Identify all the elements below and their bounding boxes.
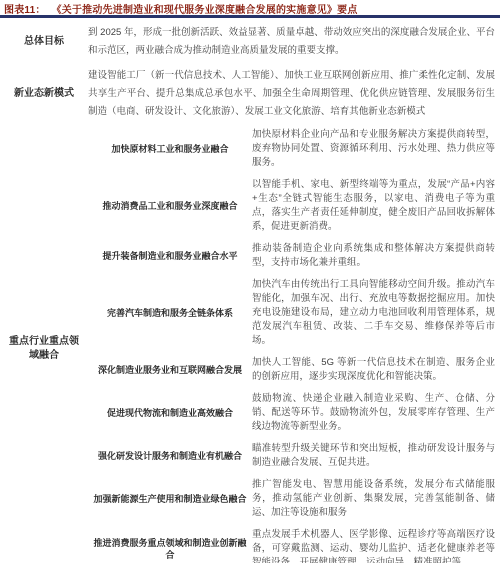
category-label: 新业态新模式 (0, 67, 88, 121)
subrow-label: 推进消费服务重点领域和制造业创新融合 (88, 528, 252, 563)
subrow-label: 加强新能源生产使用和制造业绿色融合 (88, 478, 252, 520)
category-label: 重点行业重点领域融合 (0, 128, 88, 563)
row-description: 建设智能工厂（新一代信息技术、人工智能）、加快工业互联网创新应用、推广柔性化定制… (88, 67, 500, 121)
table-subrow: 加快原材料工业和服务业融合 加快原材料企业向产品和专业服务解决方案提供商转型，废… (88, 128, 500, 170)
table-subrow: 深化制造业服务业和互联网融合发展 加快人工智能、5G 等新一代信息技术在制造、服… (88, 356, 500, 384)
subrow-description: 推广智能发电、智慧用能设备系统，发展分布式储能服务，推动氢能产业创新、集聚发展，… (252, 478, 500, 520)
table-row: 重点行业重点领域融合 加快原材料工业和服务业融合 加快原材料企业向产品和专业服务… (0, 128, 500, 563)
figure-title: 《关于推动先进制造业和现代服务业深度融合发展的实施意见》要点 (52, 1, 358, 16)
table-subrow: 完善汽车制造和服务全链条体系 加快汽车由传统出行工具向智能移动空间升级。推动汽车… (88, 278, 500, 348)
subrow-description: 加快原材料企业向产品和专业服务解决方案提供商转型，废弃物协同处置、资源循环利用、… (252, 128, 500, 170)
subrow-description: 鼓励物流、快递企业融入制造业采购、生产、仓储、分销、配送等环节。鼓励物流外包，发… (252, 392, 500, 434)
row-description: 到 2025 年，形成一批创新活跃、效益显著、质量卓越、带动效应突出的深度融合发… (88, 24, 500, 60)
category-label: 总体目标 (0, 24, 88, 60)
figure-number-label: 图表11： (4, 1, 46, 16)
table-row: 总体目标 到 2025 年，形成一批创新活跃、效益显著、质量卓越、带动效应突出的… (0, 24, 500, 60)
subrow-label: 强化研发设计服务和制造业有机融合 (88, 442, 252, 470)
table-row: 新业态新模式 建设智能工厂（新一代信息技术、人工智能）、加快工业互联网创新应用、… (0, 67, 500, 121)
subrow-description: 以智能手机、家电、新型终端等为重点，发展“产品+内容+生态”全链式智能生态服务，… (252, 178, 500, 234)
figure-header: 图表11： 《关于推动先进制造业和现代服务业深度融合发展的实施意见》要点 (0, 0, 500, 15)
report-figure-table: 图表11： 《关于推动先进制造业和现代服务业深度融合发展的实施意见》要点 总体目… (0, 0, 500, 563)
table-subrow: 推动消费品工业和服务业深度融合 以智能手机、家电、新型终端等为重点，发展“产品+… (88, 178, 500, 234)
subrow-description: 加快人工智能、5G 等新一代信息技术在制造、服务企业的创新应用，逐步实现深度优化… (252, 356, 500, 384)
subrow-description: 推动装备制造企业向系统集成和整体解决方案提供商转型，支持市场化兼并重组。 (252, 242, 500, 270)
subrow-label: 加快原材料工业和服务业融合 (88, 128, 252, 170)
table-subrow: 推进消费服务重点领域和制造业创新融合 重点发展手术机器人、医学影像、远程诊疗等高… (88, 528, 500, 563)
subrow-label: 深化制造业服务业和互联网融合发展 (88, 356, 252, 384)
subrow-label: 提升装备制造业和服务业融合水平 (88, 242, 252, 270)
subrow-label: 完善汽车制造和服务全链条体系 (88, 278, 252, 348)
table-subrow: 加强新能源生产使用和制造业绿色融合 推广智能发电、智慧用能设备系统，发展分布式储… (88, 478, 500, 520)
table-subrow: 提升装备制造业和服务业融合水平 推动装备制造企业向系统集成和整体解决方案提供商转… (88, 242, 500, 270)
subrow-label: 促进现代物流和制造业高效融合 (88, 392, 252, 434)
subrow-description: 重点发展手术机器人、医学影像、远程诊疗等高端医疗设备，可穿戴监测、运动、婴幼儿监… (252, 528, 500, 563)
key-points-table: 总体目标 到 2025 年，形成一批创新活跃、效益显著、质量卓越、带动效应突出的… (0, 18, 500, 563)
subrow-list: 加快原材料工业和服务业融合 加快原材料企业向产品和专业服务解决方案提供商转型，废… (88, 128, 500, 563)
subrow-label: 推动消费品工业和服务业深度融合 (88, 178, 252, 234)
table-subrow: 促进现代物流和制造业高效融合 鼓励物流、快递企业融入制造业采购、生产、仓储、分销… (88, 392, 500, 434)
subrow-description: 加快汽车由传统出行工具向智能移动空间升级。推动汽车智能化，加强车况、出行、充放电… (252, 278, 500, 348)
subrow-description: 瞄准转型升级关键环节和突出短板，推动研发设计服务与制造业融合发展、互促共进。 (252, 442, 500, 470)
table-subrow: 强化研发设计服务和制造业有机融合 瞄准转型升级关键环节和突出短板，推动研发设计服… (88, 442, 500, 470)
